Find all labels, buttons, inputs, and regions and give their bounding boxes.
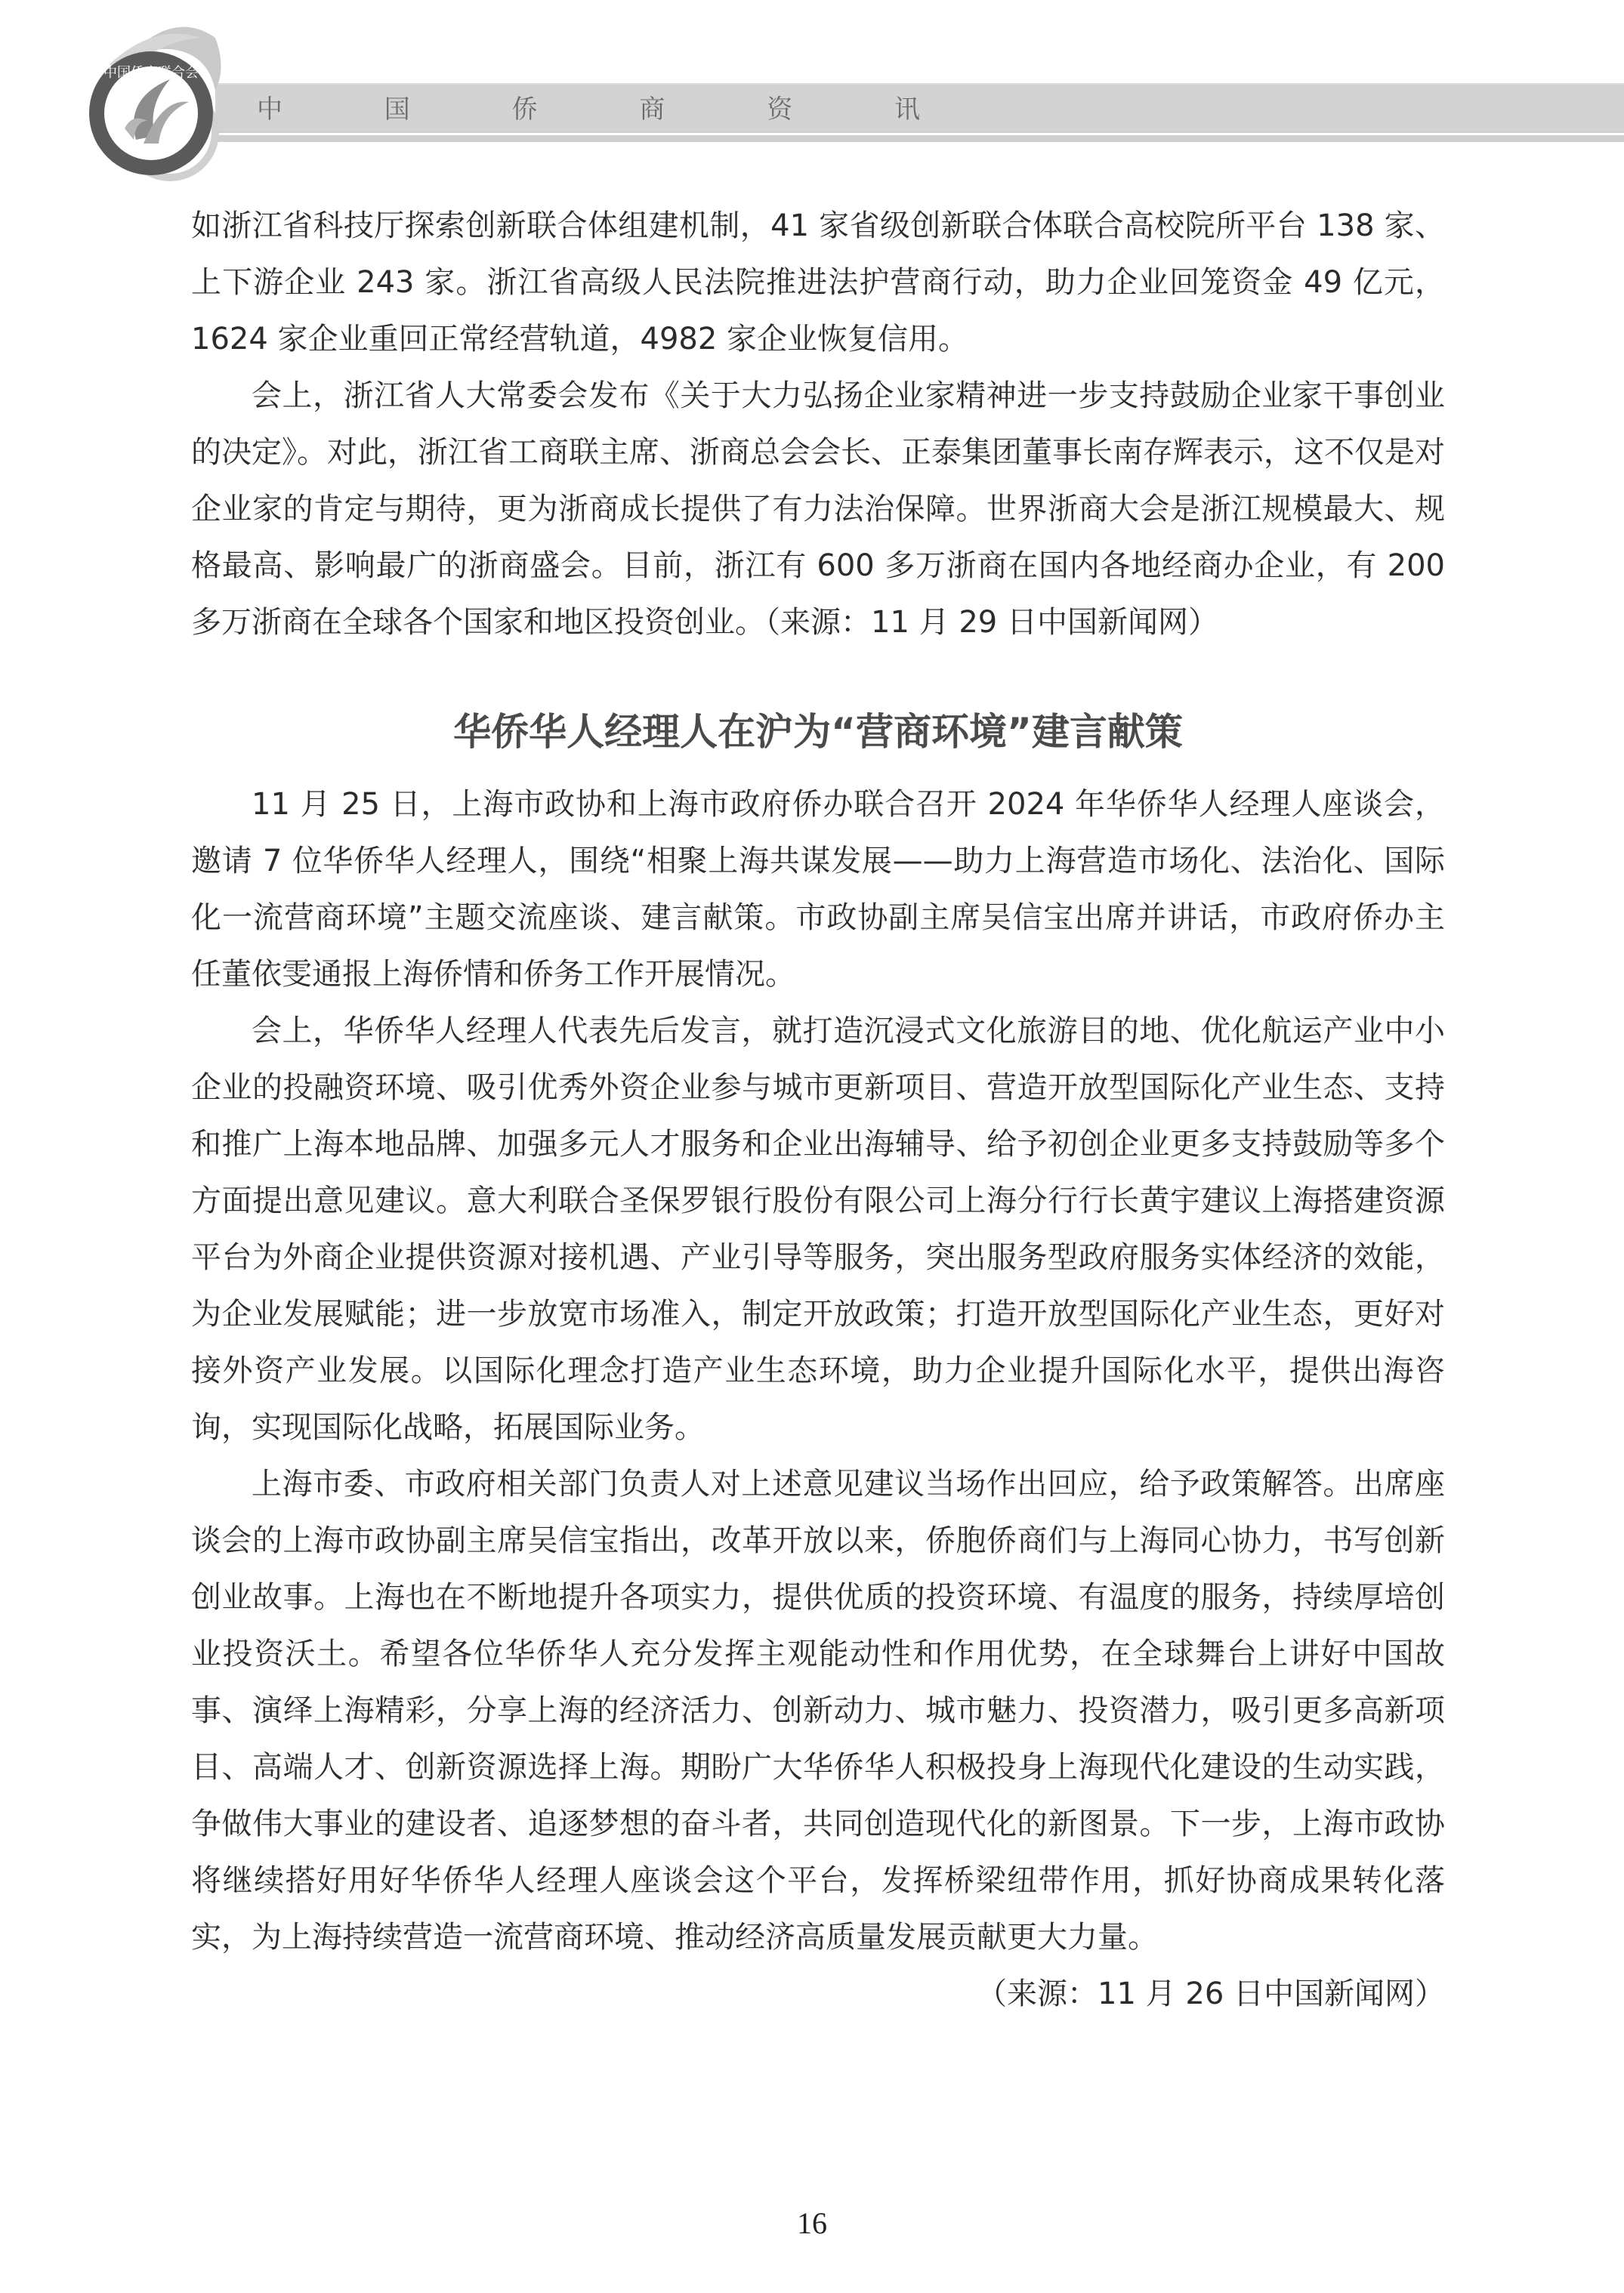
publication-title: 中 国 侨 商 资 讯 bbox=[257, 88, 967, 125]
article2-paragraph: 会上，华侨华人经理人代表先后发言，就打造沉浸式文化旅游目的地、优化航运产业中小企… bbox=[191, 1003, 1445, 1456]
association-emblem-icon: 中国侨商联合会 bbox=[64, 8, 245, 189]
article1-paragraph: 会上，浙江省人大常委会发布《关于大力弘扬企业家精神进一步支持鼓励企业家干事创业的… bbox=[191, 368, 1445, 651]
article-title: 华侨华人经理人在沪为“营商环境”建言献策 bbox=[191, 698, 1445, 766]
page-body: 如浙江省科技厅探索创新联合体组建机制，41 家省级创新联合体联合高校院所平台 1… bbox=[191, 198, 1445, 2023]
article2-paragraph: 上海市委、市政府相关部门负责人对上述意见建议当场作出回应，给予政策解答。出席座谈… bbox=[191, 1456, 1445, 1966]
article2-paragraph: 11 月 25 日，上海市政协和上海市政府侨办联合召开 2024 年华侨华人经理… bbox=[191, 776, 1445, 1003]
page-header: 中 国 侨 商 资 讯 中国侨商联合会 bbox=[0, 0, 1624, 196]
article1-paragraph: 如浙江省科技厅探索创新联合体组建机制，41 家省级创新联合体联合高校院所平台 1… bbox=[191, 198, 1445, 368]
svg-text:中国侨商联合会: 中国侨商联合会 bbox=[103, 65, 199, 81]
article2-source: （来源：11 月 26 日中国新闻网） bbox=[191, 1966, 1445, 2023]
page-number: 16 bbox=[0, 2205, 1624, 2241]
header-rule bbox=[215, 135, 1624, 142]
